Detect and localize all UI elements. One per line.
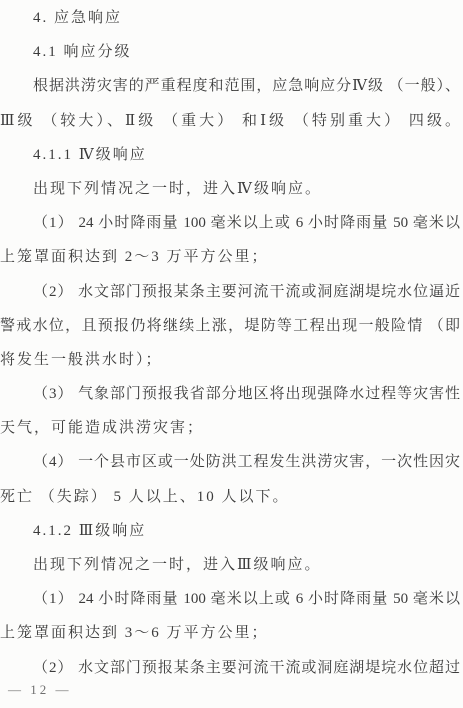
para-level4-item2-line1: （2） 水文部门预报某条主要河流干流或洞庭湖堤垸水位逼近 <box>0 275 463 309</box>
para-level3-item1-line1: （1） 24 小时降雨量 100 毫米以上或 6 小时降雨量 50 毫米以 <box>0 582 463 616</box>
document-body: 4. 应急响应 4.1 响应分级 根据洪涝灾害的严重程度和范围，应急响应分Ⅳ级 … <box>0 1 463 685</box>
para-level4-item1-line1: （1） 24 小时降雨量 100 毫米以上或 6 小时降雨量 50 毫米以 <box>0 206 463 240</box>
para-level4-item4-line1: （4） 一个县市区或一处防洪工程发生洪涝灾害，一次性因灾 <box>0 445 463 479</box>
para-level4-item3-line2: 天气，可能造成洪涝灾害； <box>0 411 463 445</box>
para-level3-item2-line1: （2） 水文部门预报某条主要河流干流或洞庭湖堤垸水位超过 <box>0 651 463 685</box>
para-grading-line-1: 根据洪涝灾害的严重程度和范围，应急响应分Ⅳ级 （一般）、 <box>0 69 463 103</box>
para-level4-item4-line2: 死亡 （失踪） 5 人以上、10 人以下。 <box>0 480 463 514</box>
para-level4-item3-line1: （3） 气象部门预报我省部分地区将出现强降水过程等灾害性 <box>0 377 463 411</box>
para-level4-item2-line3: 将发生一般洪水时）； <box>0 343 463 377</box>
para-level4-item2-line2: 警戒水位，且预报仍将继续上涨，堤防等工程出现一般险情 （即 <box>0 309 463 343</box>
heading-section-4: 4. 应急响应 <box>0 1 463 35</box>
document-page: 4. 应急响应 4.1 响应分级 根据洪涝灾害的严重程度和范围，应急响应分Ⅳ级 … <box>0 0 463 708</box>
page-number: — 12 — <box>8 682 72 698</box>
para-level4-intro: 出现下列情况之一时，进入Ⅳ级响应。 <box>0 172 463 206</box>
para-grading-line-2: Ⅲ级 （较大）、Ⅱ级 （重大） 和Ⅰ级 （特别重大） 四级。 <box>0 104 463 138</box>
heading-section-4-1-1: 4.1.1 Ⅳ级响应 <box>0 138 463 172</box>
para-level3-intro: 出现下列情况之一时，进入Ⅲ级响应。 <box>0 548 463 582</box>
heading-section-4-1: 4.1 响应分级 <box>0 35 463 69</box>
para-level3-item1-line2: 上笼罩面积达到 3～6 万平方公里； <box>0 616 463 650</box>
para-level4-item1-line2: 上笼罩面积达到 2～3 万平方公里； <box>0 240 463 274</box>
heading-section-4-1-2: 4.1.2 Ⅲ级响应 <box>0 514 463 548</box>
